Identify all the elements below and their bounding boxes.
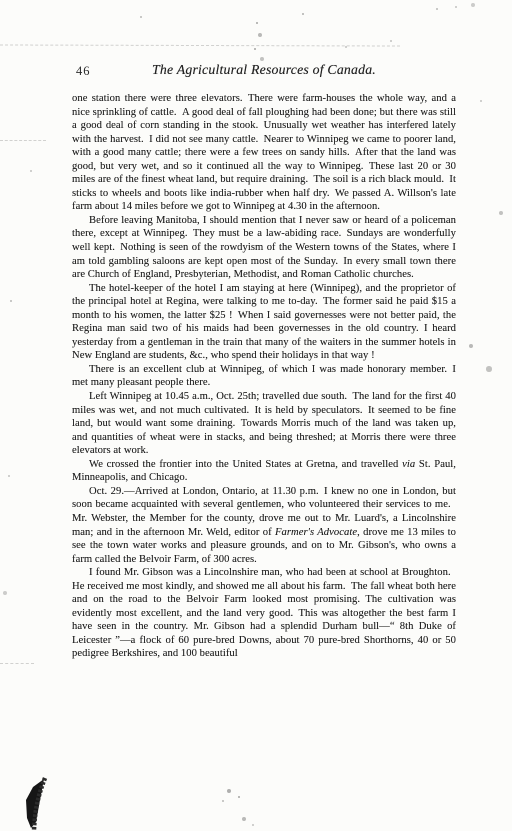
body-text: There is an excellent club at Winnipeg, … <box>72 364 456 389</box>
body-text: Before leaving Manitoba, I should mentio… <box>72 215 456 280</box>
italic-text: via <box>402 459 415 470</box>
scanned-book-page: 46 The Agricultural Resources of Canada.… <box>0 0 512 831</box>
paragraph: Oct. 29.—Arrived at London, Ontario, at … <box>72 485 456 566</box>
body-text: one station there were three elevators. … <box>72 93 456 212</box>
page-body: one station there were three elevators. … <box>72 92 456 661</box>
body-text: The hotel-keeper of the hotel I am stayi… <box>72 283 456 362</box>
running-title: The Agricultural Resources of Canada. <box>72 62 456 78</box>
scan-noise-specks <box>0 0 2 2</box>
body-text: I found Mr. Gibson was a Lincolnshire ma… <box>72 567 456 659</box>
paragraph: Before leaving Manitoba, I should mentio… <box>72 214 456 282</box>
page-header: 46 The Agricultural Resources of Canada. <box>72 62 456 82</box>
ink-blot-quill-mark <box>22 774 50 831</box>
paragraph: The hotel-keeper of the hotel I am stayi… <box>72 282 456 363</box>
paragraph: We crossed the frontier into the United … <box>72 458 456 485</box>
page-number: 46 <box>76 64 91 79</box>
paragraph: one station there were three elevators. … <box>72 92 456 214</box>
paragraph: There is an excellent club at Winnipeg, … <box>72 363 456 390</box>
paragraph: Left Winnipeg at 10.45 a.m., Oct. 25th; … <box>72 390 456 458</box>
scan-scratch-line <box>0 140 46 141</box>
body-text: Left Winnipeg at 10.45 a.m., Oct. 25th; … <box>72 391 456 456</box>
italic-text: Farmer's Advocate <box>275 527 357 538</box>
paragraph: I found Mr. Gibson was a Lincolnshire ma… <box>72 566 456 661</box>
body-text: We crossed the frontier into the United … <box>89 459 402 470</box>
scan-scratch-line <box>0 44 400 46</box>
scan-scratch-line <box>0 663 34 664</box>
